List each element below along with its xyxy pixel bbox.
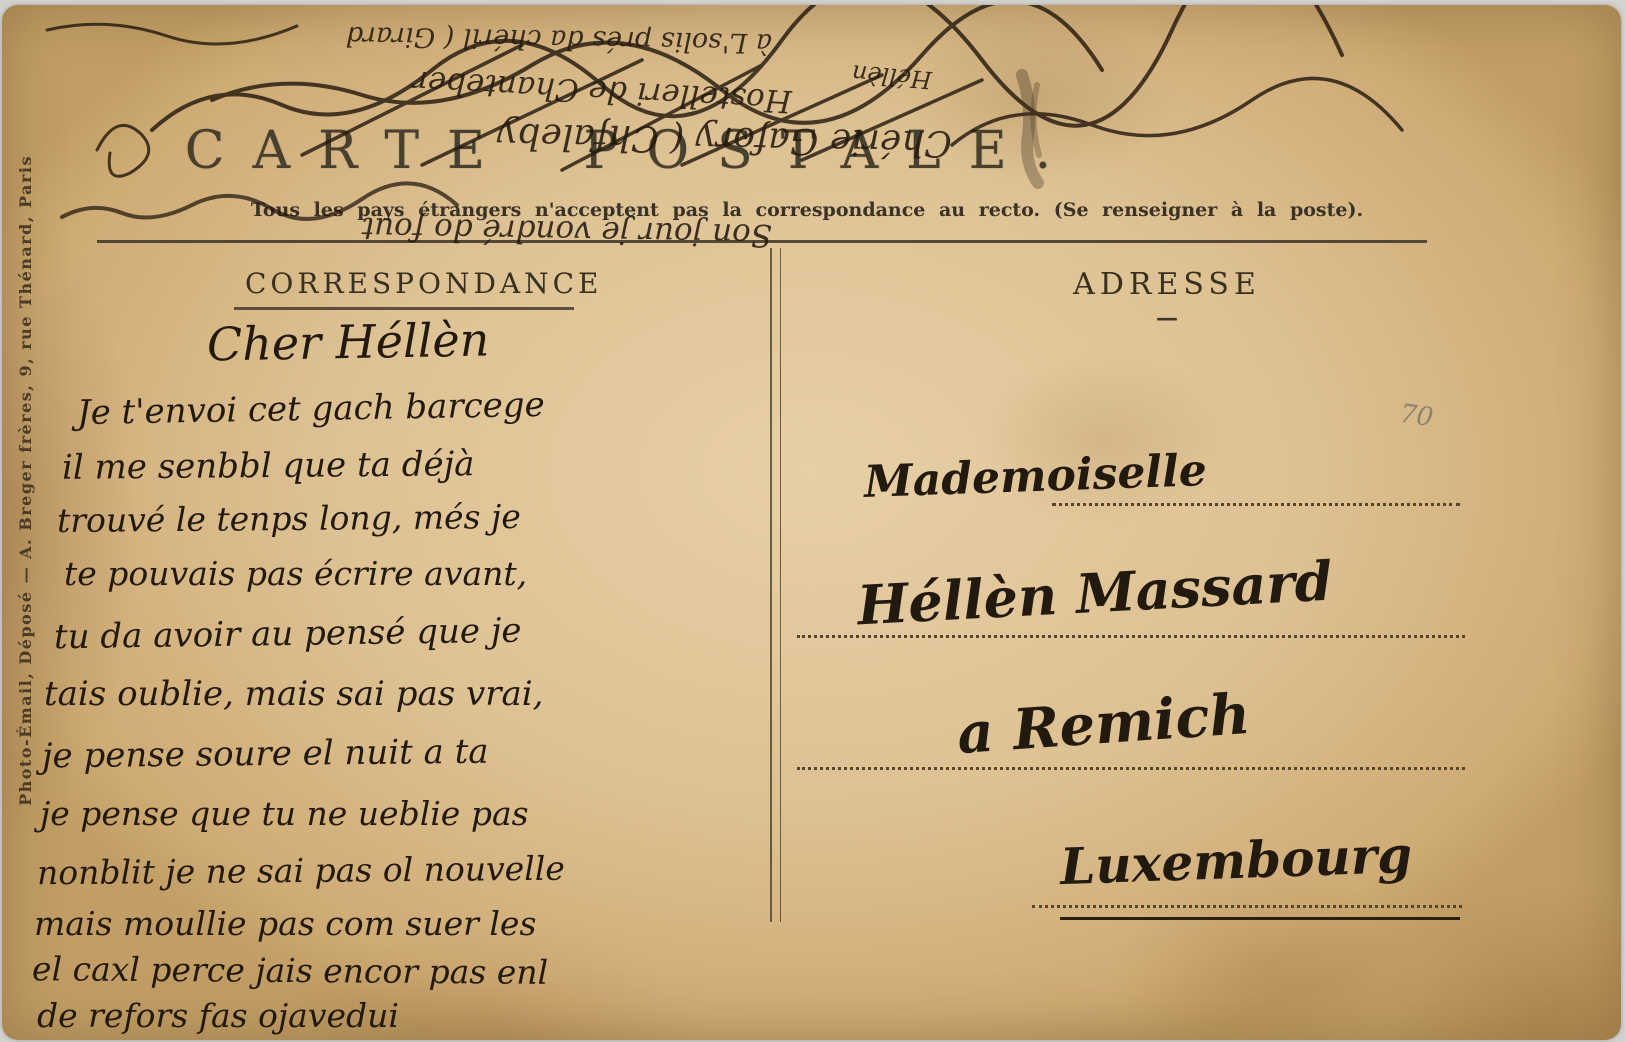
country-underline	[1060, 917, 1460, 920]
letter-line: trouvé le tenps long, més je	[57, 497, 521, 540]
flipped-note-line: Héllèn	[791, 54, 933, 94]
letter-line: tais oublie, mais sai pas vrai,	[44, 674, 543, 714]
pencil-note: 70	[1398, 399, 1435, 433]
address-dotted-line	[797, 767, 1465, 770]
adresse-dash: —	[1002, 305, 1332, 331]
letter-line: de refors fas ojavedui	[37, 996, 399, 1035]
letter-line: mais moullie pas com suer les	[34, 904, 536, 943]
adresse-heading: ADRESSE	[1002, 267, 1332, 302]
letter-line: je pense soure el nuit a ta	[42, 732, 489, 777]
letter-line: te pouvais pas écrire avant,	[64, 554, 527, 593]
address-recipient-title: Mademoiselle	[863, 445, 1207, 508]
flipped-note-line: Hostelleri de Chanteber	[251, 55, 792, 119]
publisher-imprint: Photo-Émail, Déposé — A. Breger frères, …	[16, 155, 35, 806]
address-country: Luxembourg	[1059, 825, 1413, 896]
postcard-back: CARTE POSTALE. Tous les pays étrangers n…	[2, 5, 1621, 1040]
letter-line: el caxl perce jais encor pas enl	[32, 949, 548, 992]
correspondence-underline	[234, 307, 574, 310]
column-divider	[770, 248, 781, 922]
letter-salutation: Cher Héllèn	[207, 313, 490, 372]
address-dotted-line	[1032, 905, 1462, 908]
address-locality: a Remich	[955, 681, 1252, 767]
letter-line: Je t'envoi cet gach barcege	[77, 385, 545, 433]
address-dotted-line	[1052, 503, 1460, 506]
correspondence-heading: CORRESPONDANCE	[245, 267, 603, 300]
address-dotted-line	[797, 635, 1465, 638]
address-recipient-name: Héllèn Massard	[856, 549, 1334, 638]
flipped-note-line: à L'solis prés da chéril ( Girard	[32, 15, 772, 59]
letter-line: il me senbbl que ta déjà	[62, 444, 475, 488]
letter-line: tu da avoir au pensé que je	[54, 611, 522, 658]
letter-line: je pense que tu ne ueblie pas	[40, 794, 529, 833]
letter-line: nonblit je ne sai pas ol nouvelle	[37, 849, 565, 893]
